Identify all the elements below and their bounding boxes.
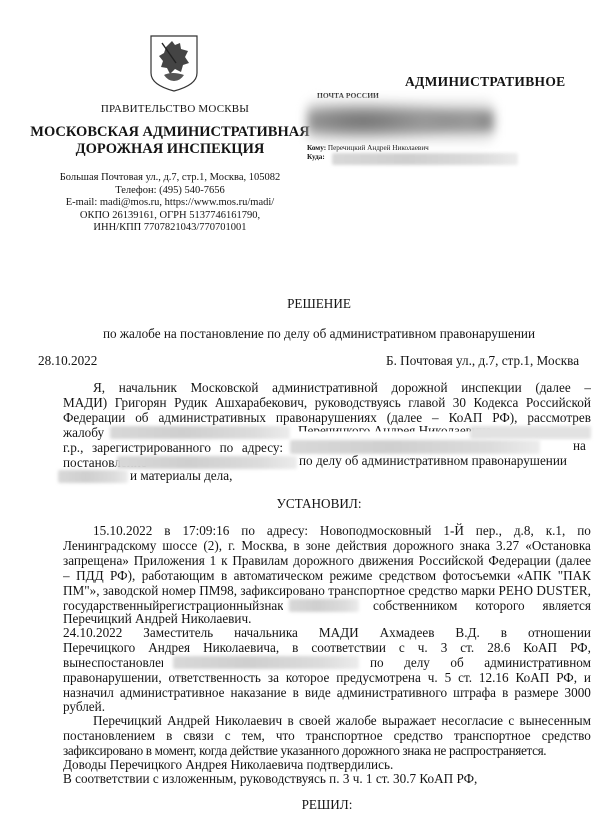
p1-line-6-end: собственникомкоторогоявляется xyxy=(373,598,591,614)
word: постановлением xyxy=(63,728,155,744)
word: об xyxy=(135,410,148,426)
word: начальник xyxy=(119,380,177,396)
word: виде xyxy=(305,685,331,701)
org-name-line2: ДОРОЖНАЯ ИНСПЕКЦИЯ xyxy=(20,141,320,158)
document-title: РЕШЕНИЕ xyxy=(0,296,604,311)
word: в xyxy=(501,625,507,641)
word: автоматическом xyxy=(234,568,323,584)
document-date: 28.10.2022 xyxy=(38,353,97,368)
word: Ахмадеев xyxy=(380,625,435,641)
word: РФ, xyxy=(570,640,591,656)
word: Я, xyxy=(93,380,105,396)
word: которого xyxy=(475,598,524,614)
word: адресу: xyxy=(242,440,283,456)
word: отношении xyxy=(528,625,591,641)
p1-line-7: Перечицкий Андрей Николаевич. xyxy=(63,611,251,626)
p1-line-4: –ПДДРФ),работающимвавтоматическомрежимес… xyxy=(63,568,591,584)
word: административной xyxy=(272,380,378,396)
org-name-line1: МОСКОВСКАЯ АДМИНИСТРАТИВНАЯ xyxy=(20,124,320,141)
word: что xyxy=(276,728,295,744)
document-subtitle: по жалобе на постановление по делу об ад… xyxy=(0,326,604,341)
word: размере xyxy=(514,685,558,701)
word: 3.27 xyxy=(496,538,519,554)
address-line: Большая Почтовая ул., д.7, стр.1, Москва… xyxy=(30,172,310,185)
word: дорожной xyxy=(392,380,448,396)
word: пер., xyxy=(476,523,502,539)
okpo-line: ОКПО 26139161, ОГРН 5137746161790, xyxy=(30,210,310,223)
word: в xyxy=(166,728,172,744)
word: вынес xyxy=(63,655,97,671)
word: фотосъемки xyxy=(443,568,511,584)
word: с xyxy=(225,728,231,744)
word: начальника xyxy=(234,625,298,641)
redacted-resolution-number-2 xyxy=(173,656,359,669)
p1-line-1: 15.10.2022в17:09:16поадресу:Новоподмоско… xyxy=(93,523,591,539)
redacted-where xyxy=(332,153,518,165)
intro-line-1: Я,начальникМосковскойадминистративнойдор… xyxy=(93,380,591,396)
word: МАДИ) xyxy=(63,395,107,411)
p2-line-3-end: поделуобадминистративном xyxy=(370,655,591,671)
word: ч. xyxy=(418,640,428,656)
word: "ПАК xyxy=(558,568,591,584)
p3-line-3: зафиксировано в момент, когда действие у… xyxy=(63,743,546,758)
intro-line-5: г.р.,зарегистрированногопоадресу: xyxy=(63,440,283,456)
word: 5 xyxy=(445,670,452,686)
word: знака xyxy=(460,538,490,554)
inn-line: ИНН/КПП 7707821043/770701001 xyxy=(30,222,310,235)
word: 1 xyxy=(210,553,217,569)
word: 30 xyxy=(453,395,466,411)
p2-line-1: 24.10.2022ЗаместительначальникаМАДИАхмад… xyxy=(63,625,591,641)
word: с xyxy=(399,640,405,656)
word: зафиксировано xyxy=(240,583,324,599)
word: – xyxy=(63,568,70,584)
word: DUSTER, xyxy=(536,583,591,599)
word: связи xyxy=(183,728,213,744)
word: «АПК xyxy=(517,568,551,584)
intro-line-7: и материалы дела, xyxy=(130,468,232,483)
p5-legal-basis: В соответствии с изложенным, руководству… xyxy=(63,771,477,786)
word: РФ), xyxy=(492,410,517,426)
redacted-resolution-date xyxy=(58,470,128,483)
word: Заместитель xyxy=(143,625,213,641)
word: в xyxy=(502,685,508,701)
word: к.1, xyxy=(546,523,566,539)
word: является xyxy=(543,598,591,614)
p2-line-6: рублей. xyxy=(63,699,105,714)
word: рассмотрев xyxy=(527,410,591,426)
word: в xyxy=(292,640,298,656)
word: ПМ98, xyxy=(199,583,237,599)
word: шоссе xyxy=(162,538,197,554)
word: Андрей xyxy=(167,713,210,729)
word: транспортное xyxy=(328,583,405,599)
word: средство xyxy=(408,583,457,599)
word: несогласие xyxy=(441,713,503,729)
word: административное xyxy=(120,685,225,701)
word: жалобе xyxy=(336,713,377,729)
intro-line-6-end: по делу об административном правонарушен… xyxy=(299,453,567,468)
where-line: Куда: xyxy=(307,152,325,162)
p1-line-5: ПМ"»,заводскойномерПМ98,зафиксированотра… xyxy=(63,583,591,599)
word: МАДИ xyxy=(319,625,359,641)
word: Москва, xyxy=(241,538,287,554)
word: предусмотрена xyxy=(336,670,421,686)
word: наказание xyxy=(231,685,287,701)
word: г.р., xyxy=(63,440,83,456)
word: в xyxy=(293,538,299,554)
word: Новоподмосковный xyxy=(320,523,431,539)
word: дорожного xyxy=(393,538,454,554)
word: В.Д. xyxy=(455,625,479,641)
word: марки xyxy=(461,583,495,599)
word: по xyxy=(220,440,234,456)
word: заводской xyxy=(103,583,158,599)
word: Перечицкого xyxy=(63,640,135,656)
word: режиме xyxy=(330,568,373,584)
word: постановление xyxy=(97,655,163,671)
word: «Остановка xyxy=(525,538,591,554)
word: 1-Й xyxy=(443,523,464,539)
word: по xyxy=(370,655,384,671)
word: к xyxy=(221,553,227,569)
word: административном xyxy=(484,655,591,671)
word: знак xyxy=(259,598,283,614)
word: административных xyxy=(158,410,266,426)
word: Григорян xyxy=(115,395,167,411)
word: зарегистрированного xyxy=(92,440,211,456)
word: в xyxy=(293,685,299,701)
word: (далее xyxy=(535,380,570,396)
word: средство xyxy=(542,728,591,744)
word: ПМ"», xyxy=(63,583,100,599)
p2-line-4: правонарушении,ответственностьзакотороеп… xyxy=(63,670,591,686)
word: – xyxy=(584,380,591,396)
p1-line-3: запрещена»Приложения1кПравиламдорожногод… xyxy=(63,553,591,569)
p2-line-5: назначиладминистративноенаказаниеввидеад… xyxy=(63,685,591,701)
word: д.8, xyxy=(514,523,534,539)
word: ч. xyxy=(428,670,438,686)
word: правонарушении, xyxy=(63,670,162,686)
word: Правилам xyxy=(232,553,288,569)
word: тем, xyxy=(242,728,265,744)
word: ответственность xyxy=(169,670,261,686)
word: Российской xyxy=(526,395,591,411)
word: номер xyxy=(162,583,196,599)
word: руководствуясь xyxy=(315,395,401,411)
word: Андрея xyxy=(148,640,190,656)
word: по xyxy=(241,523,255,539)
word: Николаевича, xyxy=(203,640,279,656)
word: ст. xyxy=(460,640,474,656)
org-contacts: Большая Почтовая ул., д.7, стр.1, Москва… xyxy=(30,172,310,235)
word: по xyxy=(577,523,591,539)
word: в xyxy=(164,523,170,539)
word: действия xyxy=(336,538,387,554)
word: Московской xyxy=(191,380,259,396)
word: движения xyxy=(359,553,414,569)
intro-line-5-end: на xyxy=(573,438,586,453)
email-line: E-mail: madi@mos.ru, https://www.mos.ru/… xyxy=(30,197,310,210)
word: своей xyxy=(299,713,331,729)
word: Рудик xyxy=(174,395,207,411)
word: главой xyxy=(408,395,445,411)
word: и xyxy=(584,670,591,686)
to-label: Кому: xyxy=(307,144,326,152)
word: Кодекса xyxy=(474,395,519,411)
word: КоАП xyxy=(516,670,550,686)
word: ПДД xyxy=(76,568,104,584)
p3-line-2: постановлениемвсвязистем,чтотранспортное… xyxy=(63,728,591,744)
redacted-plate-number xyxy=(289,599,359,612)
document-place: Б. Почтовая ул., д.7, стр.1, Москва xyxy=(386,353,579,368)
redacted-complainant xyxy=(110,426,290,439)
word: Российской xyxy=(419,553,484,569)
word: РЕНО xyxy=(499,583,533,599)
word: собственником xyxy=(373,598,457,614)
word: в xyxy=(287,713,293,729)
word: г. xyxy=(228,538,235,554)
word: РФ, xyxy=(556,670,577,686)
word: зоне xyxy=(306,538,331,554)
word: Ленинградскому xyxy=(63,538,156,554)
word: административного xyxy=(337,685,447,701)
word: 3 xyxy=(441,640,448,656)
word: работающим xyxy=(142,568,215,584)
redacted-address xyxy=(290,440,540,454)
intro-line-2: МАДИ)ГригорянРудикАшхарабекович,руководс… xyxy=(63,395,591,411)
word: которое xyxy=(286,670,330,686)
word: 3000 xyxy=(565,685,591,701)
word: средство xyxy=(394,728,443,744)
word: ст. xyxy=(458,670,472,686)
word: (2), xyxy=(203,538,222,554)
government-name: ПРАВИТЕЛЬСТВО МОСКВЫ xyxy=(60,103,290,115)
word: Николаевич xyxy=(215,713,282,729)
word: вынесенным xyxy=(519,713,591,729)
word: с xyxy=(508,713,514,729)
recipient-line: Кому: Перечицкий Андрей Николаевич xyxy=(307,143,429,153)
phone-line: Телефон: (495) 540-7656 xyxy=(30,185,310,198)
established-heading: УСТАНОВИЛ: xyxy=(0,496,604,511)
word: Приложения xyxy=(134,553,205,569)
word: об xyxy=(450,655,463,671)
p2-line-3-start: вынеспостановление xyxy=(63,655,163,671)
word: транспортное xyxy=(454,728,531,744)
word: 15.10.2022 xyxy=(93,523,152,539)
word: выражает xyxy=(382,713,436,729)
word: в xyxy=(221,568,227,584)
word: (далее xyxy=(556,553,591,569)
word: Федерации xyxy=(63,410,125,426)
word: РФ), xyxy=(110,568,135,584)
to-value: Перечицкий Андрей Николаевич xyxy=(328,144,429,152)
word: запрещена» xyxy=(63,553,129,569)
word: дорожного xyxy=(293,553,354,569)
word: Ашхарабекович, xyxy=(215,395,307,411)
word: штрафа xyxy=(453,685,496,701)
envelope-stamp: АДМИНИСТРАТИВНОЕ xyxy=(405,74,565,90)
word: КоАП xyxy=(523,640,557,656)
word: за xyxy=(268,670,279,686)
word: 12.16 xyxy=(479,670,509,686)
word: 28.6 xyxy=(487,640,510,656)
word: средством xyxy=(379,568,436,584)
word: инспекции xyxy=(461,380,521,396)
word: транспортное xyxy=(306,728,383,744)
redacted-barcode xyxy=(307,99,494,143)
moscow-coat-of-arms-icon xyxy=(148,33,200,93)
word: 17:09:16 xyxy=(182,523,229,539)
word: адресу: xyxy=(267,523,308,539)
word: 24.10.2022 xyxy=(63,625,122,641)
p4-arguments-confirmed: Доводы Перечицкого Андрея Николаевича по… xyxy=(63,757,393,772)
word: Перечицкий xyxy=(93,713,162,729)
p3-line-1: ПеречицкийАндрейНиколаевичвсвоейжалобевы… xyxy=(93,713,591,729)
word: Федерации xyxy=(488,553,550,569)
decided-heading: РЕШИЛ: xyxy=(0,797,604,812)
word: делу xyxy=(404,655,430,671)
p1-line-2: Ленинградскомушоссе(2),г.Москва,взонедей… xyxy=(63,538,591,554)
where-label: Куда: xyxy=(307,153,325,161)
p2-line-2: ПеречицкогоАндреяНиколаевича,всоответств… xyxy=(63,640,591,656)
word: жалобу xyxy=(63,425,104,440)
word: соответствии xyxy=(311,640,386,656)
